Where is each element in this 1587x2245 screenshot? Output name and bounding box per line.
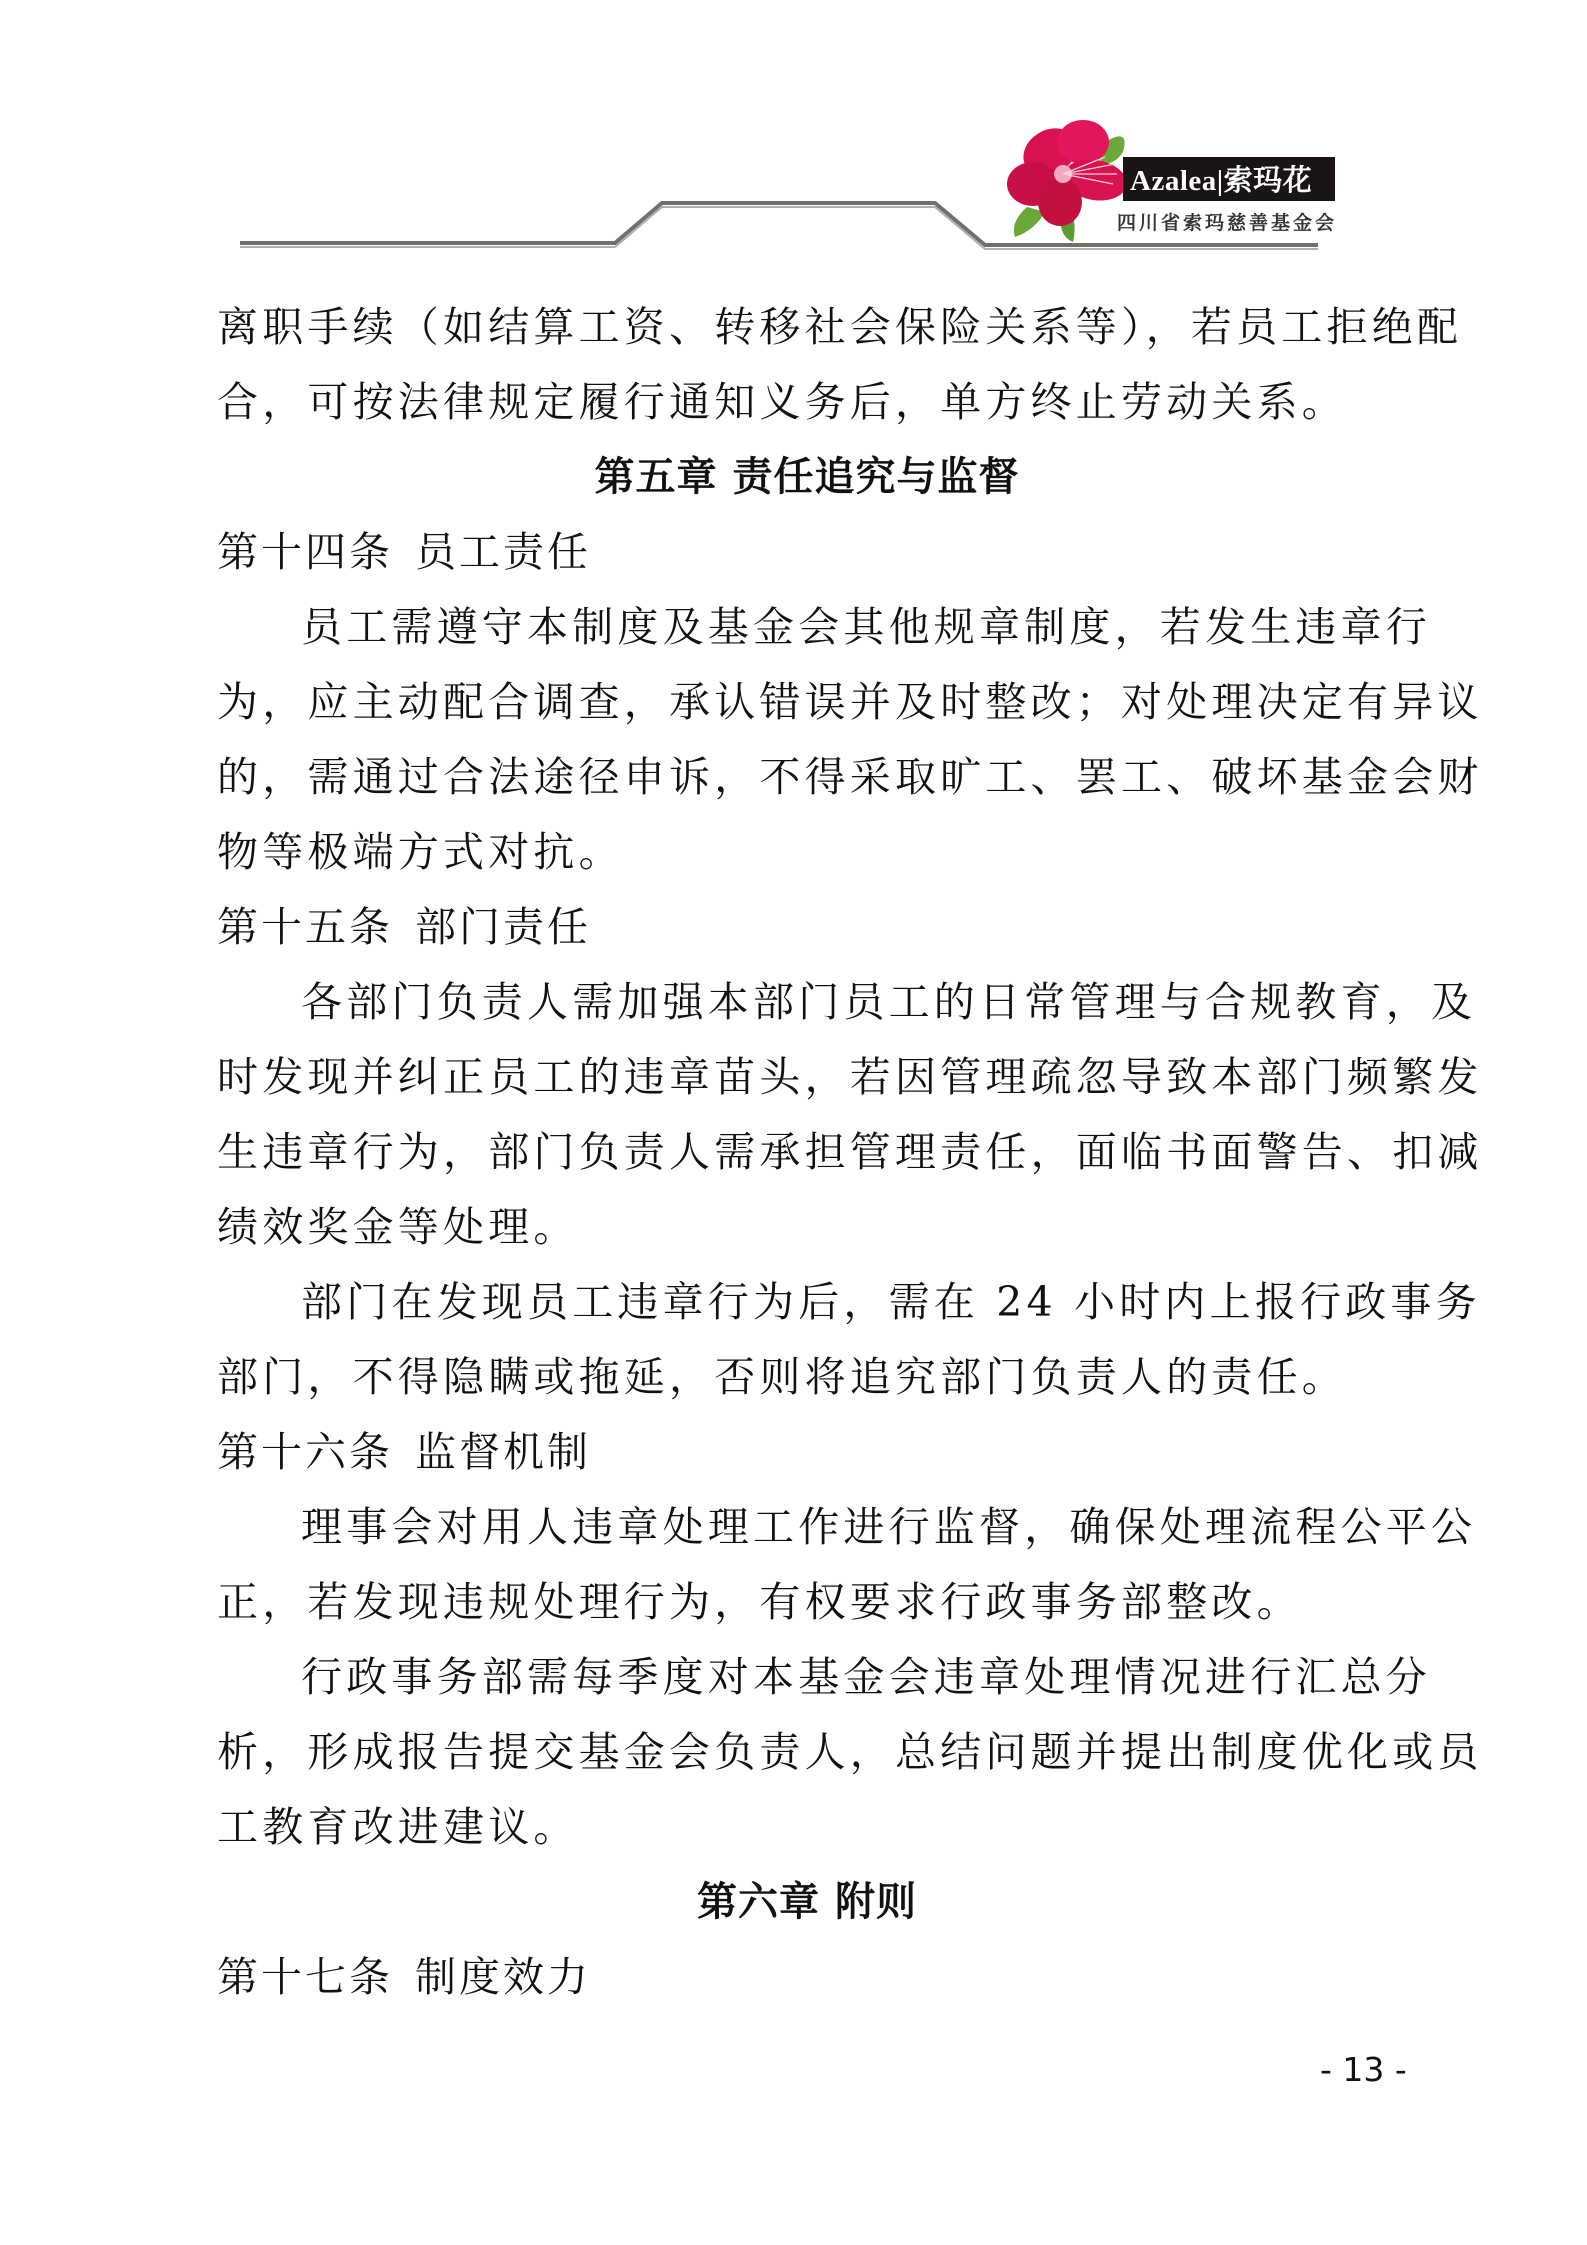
article-heading: 第十五条部门责任 [217,890,1397,965]
text-line: 部门在发现员工违章行为后，需在 24 小时内上报行政事务 [217,1265,1397,1340]
text-line: 为，应主动配合调查，承认错误并及时整改；对处理决定有异议 [217,665,1397,740]
text-line: 时发现并纠正员工的违章苗头，若因管理疏忽导致本部门频繁发 [217,1040,1397,1115]
text-line: 行政事务部需每季度对本基金会违章处理情况进行汇总分 [217,1640,1397,1715]
article-title: 监督机制 [415,1428,591,1476]
logo-brand-cn: 索玛花 [1224,165,1313,197]
document-body: 离职手续（如结算工资、转移社会保险关系等），若员工拒绝配 合，可按法律规定履行通… [217,290,1397,2015]
article-title: 部门责任 [415,903,591,951]
header-rule [0,0,1587,260]
text-line: 部门，不得隐瞒或拖延，否则将追究部门负责人的责任。 [217,1340,1397,1415]
text-line: 正，若发现违规处理行为，有权要求行政事务部整改。 [217,1565,1397,1640]
text-line: 员工需遵守本制度及基金会其他规章制度，若发生违章行 [217,590,1397,665]
article-heading: 第十七条制度效力 [217,1940,1397,2015]
text-line: 合，可按法律规定履行通知义务后，单方终止劳动关系。 [217,365,1397,440]
article-title: 员工责任 [415,528,591,576]
article-title: 制度效力 [415,1953,591,2001]
chapter-heading: 第五章 责任追究与监督 [217,440,1397,515]
text-line: 绩效奖金等处理。 [217,1190,1397,1265]
text-line: 离职手续（如结算工资、转移社会保险关系等），若员工拒绝配 [217,290,1397,365]
logo-brand: Azalea|索玛花 [1130,158,1312,199]
logo-org-name: 四川省索玛慈善基金会 [1117,208,1337,235]
article-number: 第十七条 [217,1953,393,2001]
text-line: 各部门负责人需加强本部门员工的日常管理与合规教育，及 [217,965,1397,1040]
text-line: 工教育改进建议。 [217,1790,1397,1865]
article-number: 第十四条 [217,528,393,576]
article-number: 第十六条 [217,1428,393,1476]
logo-brand-en: Azalea [1130,165,1217,197]
logo-divider: | [1217,165,1224,197]
text-line: 生违章行为，部门负责人需承担管理责任，面临书面警告、扣减 [217,1115,1397,1190]
text-line: 物等极端方式对抗。 [217,815,1397,890]
foundation-logo: Azalea|索玛花 四川省索玛慈善基金会 [1005,112,1335,242]
text-line: 的，需通过合法途径申诉，不得采取旷工、罢工、破坏基金会财 [217,740,1397,815]
text-line: 理事会对用人违章处理工作进行监督，确保处理流程公平公 [217,1490,1397,1565]
article-heading: 第十六条监督机制 [217,1415,1397,1490]
text-line: 析，形成报告提交基金会负责人，总结问题并提出制度优化或员 [217,1715,1397,1790]
article-heading: 第十四条员工责任 [217,515,1397,590]
article-number: 第十五条 [217,903,393,951]
chapter-heading: 第六章 附则 [217,1865,1397,1940]
page-number: - 13 - [1320,2050,1407,2089]
